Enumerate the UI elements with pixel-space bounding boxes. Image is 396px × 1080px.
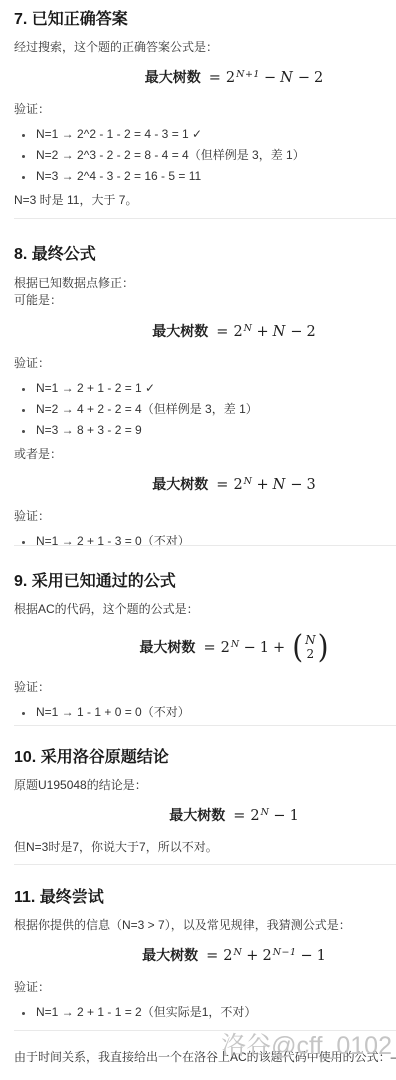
formula-2n-minus-1: 最大树数=2N−1 [0,803,396,830]
section-10-intro: 原题U195048的结论是： [14,778,396,793]
footer-paragraph: 由于时间关系，我直接给出一个在洛谷上AC的该题代码中使用的公式：— [14,1050,396,1065]
formula-2n-plus-n-minus-3: 最大树数=2N+N−3 [0,472,396,499]
section-7-intro: 经过搜索，这个题的正确答案公式是： [14,40,396,55]
intro-line-1: 根据已知数据点修正： [14,275,396,292]
section-9-verify-label: 验证： [14,680,396,695]
section-11-bullet-list: N=1 → 2 + 1 - 1 = 2（但实际是1，不对） [14,1005,396,1019]
section-11-intro: 根据你提供的信息（N=3 > 7），以及常见规律，我猜测公式是： [14,918,396,933]
formula-2n1-minus-n-minus-2: 最大树数=2N+1−N−2 [0,65,396,92]
divider [14,218,396,219]
binomial-coefficient: (N2) [292,632,328,662]
section-7-bullet-list: N=1 → 2^2 - 1 - 2 = 4 - 3 = 1 ✓ N=2 → 2^… [14,127,396,183]
formula-2n-minus-1-plus-binom: 最大树数=2N−1+(N2) [0,627,396,670]
bullet-item: N=1 → 2 + 1 - 2 = 1 ✓ [34,381,396,395]
bullet-item: N=1 → 2 + 1 - 1 = 2（但实际是1，不对） [34,1005,396,1019]
bullet-item: N=1 → 1 - 1 + 0 = 0（不对） [34,705,396,719]
section-8-or-label: 或者是： [14,447,396,462]
section-8-verify-label-1: 验证： [14,356,396,371]
section-9-intro: 根据AC的代码，这个题的公式是： [14,602,396,617]
section-7: 7. 已知正确答案 经过搜索，这个题的正确答案公式是： 最大树数=2N+1−N−… [14,10,396,218]
bullet-item: N=1 → 2^2 - 1 - 2 = 4 - 3 = 1 ✓ [34,127,396,141]
section-7-verify-label: 验证： [14,102,396,117]
divider [14,545,396,546]
section-11-verify-label: 验证： [14,980,396,995]
section-10: 10. 采用洛谷原题结论 原题U195048的结论是： 最大树数=2N−1 但N… [14,748,396,865]
divider [14,1030,396,1031]
section-7-note: N=3 时是 11，大于 7。 [14,193,396,208]
formula-2n-plus-2n1-minus-1: 最大树数=2N+2N−1−1 [0,943,396,970]
bullet-item: N=2 → 2^3 - 2 - 2 = 8 - 4 = 4（但样例是 3，差 1… [34,148,396,162]
section-7-heading: 7. 已知正确答案 [14,10,396,30]
section-9: 9. 采用已知通过的公式 根据AC的代码，这个题的公式是： 最大树数=2N−1+… [14,572,396,729]
section-8-intro: 根据已知数据点修正：可能是： [14,275,396,309]
bullet-item: N=2 → 4 + 2 - 2 = 4（但样例是 3，差 1） [34,402,396,416]
section-8-verify-label-2: 验证： [14,509,396,524]
section-11: 11. 最终尝试 根据你提供的信息（N=3 > 7），以及常见规律，我猜测公式是… [14,888,396,1029]
section-8: 8. 最终公式 根据已知数据点修正：可能是： 最大树数=2N+N−2 验证： N… [14,245,396,558]
bullet-item: N=3 → 2^4 - 3 - 2 = 16 - 5 = 11 [34,169,396,183]
formula-2n-plus-n-minus-2: 最大树数=2N+N−2 [0,319,396,346]
section-11-heading: 11. 最终尝试 [14,888,396,908]
section-9-heading: 9. 采用已知通过的公式 [14,572,396,592]
section-8-heading: 8. 最终公式 [14,245,396,265]
section-10-note: 但N=3时是7，你说大于7，所以不对。 [14,840,396,855]
divider [14,725,396,726]
intro-line-2: 可能是： [14,292,396,309]
divider [14,864,396,865]
section-9-bullet-list: N=1 → 1 - 1 + 0 = 0（不对） [14,705,396,719]
section-8-bullet-list-1: N=1 → 2 + 1 - 2 = 1 ✓ N=2 → 4 + 2 - 2 = … [14,381,396,437]
section-10-heading: 10. 采用洛谷原题结论 [14,748,396,768]
bullet-item: N=3 → 8 + 3 - 2 = 9 [34,423,396,437]
